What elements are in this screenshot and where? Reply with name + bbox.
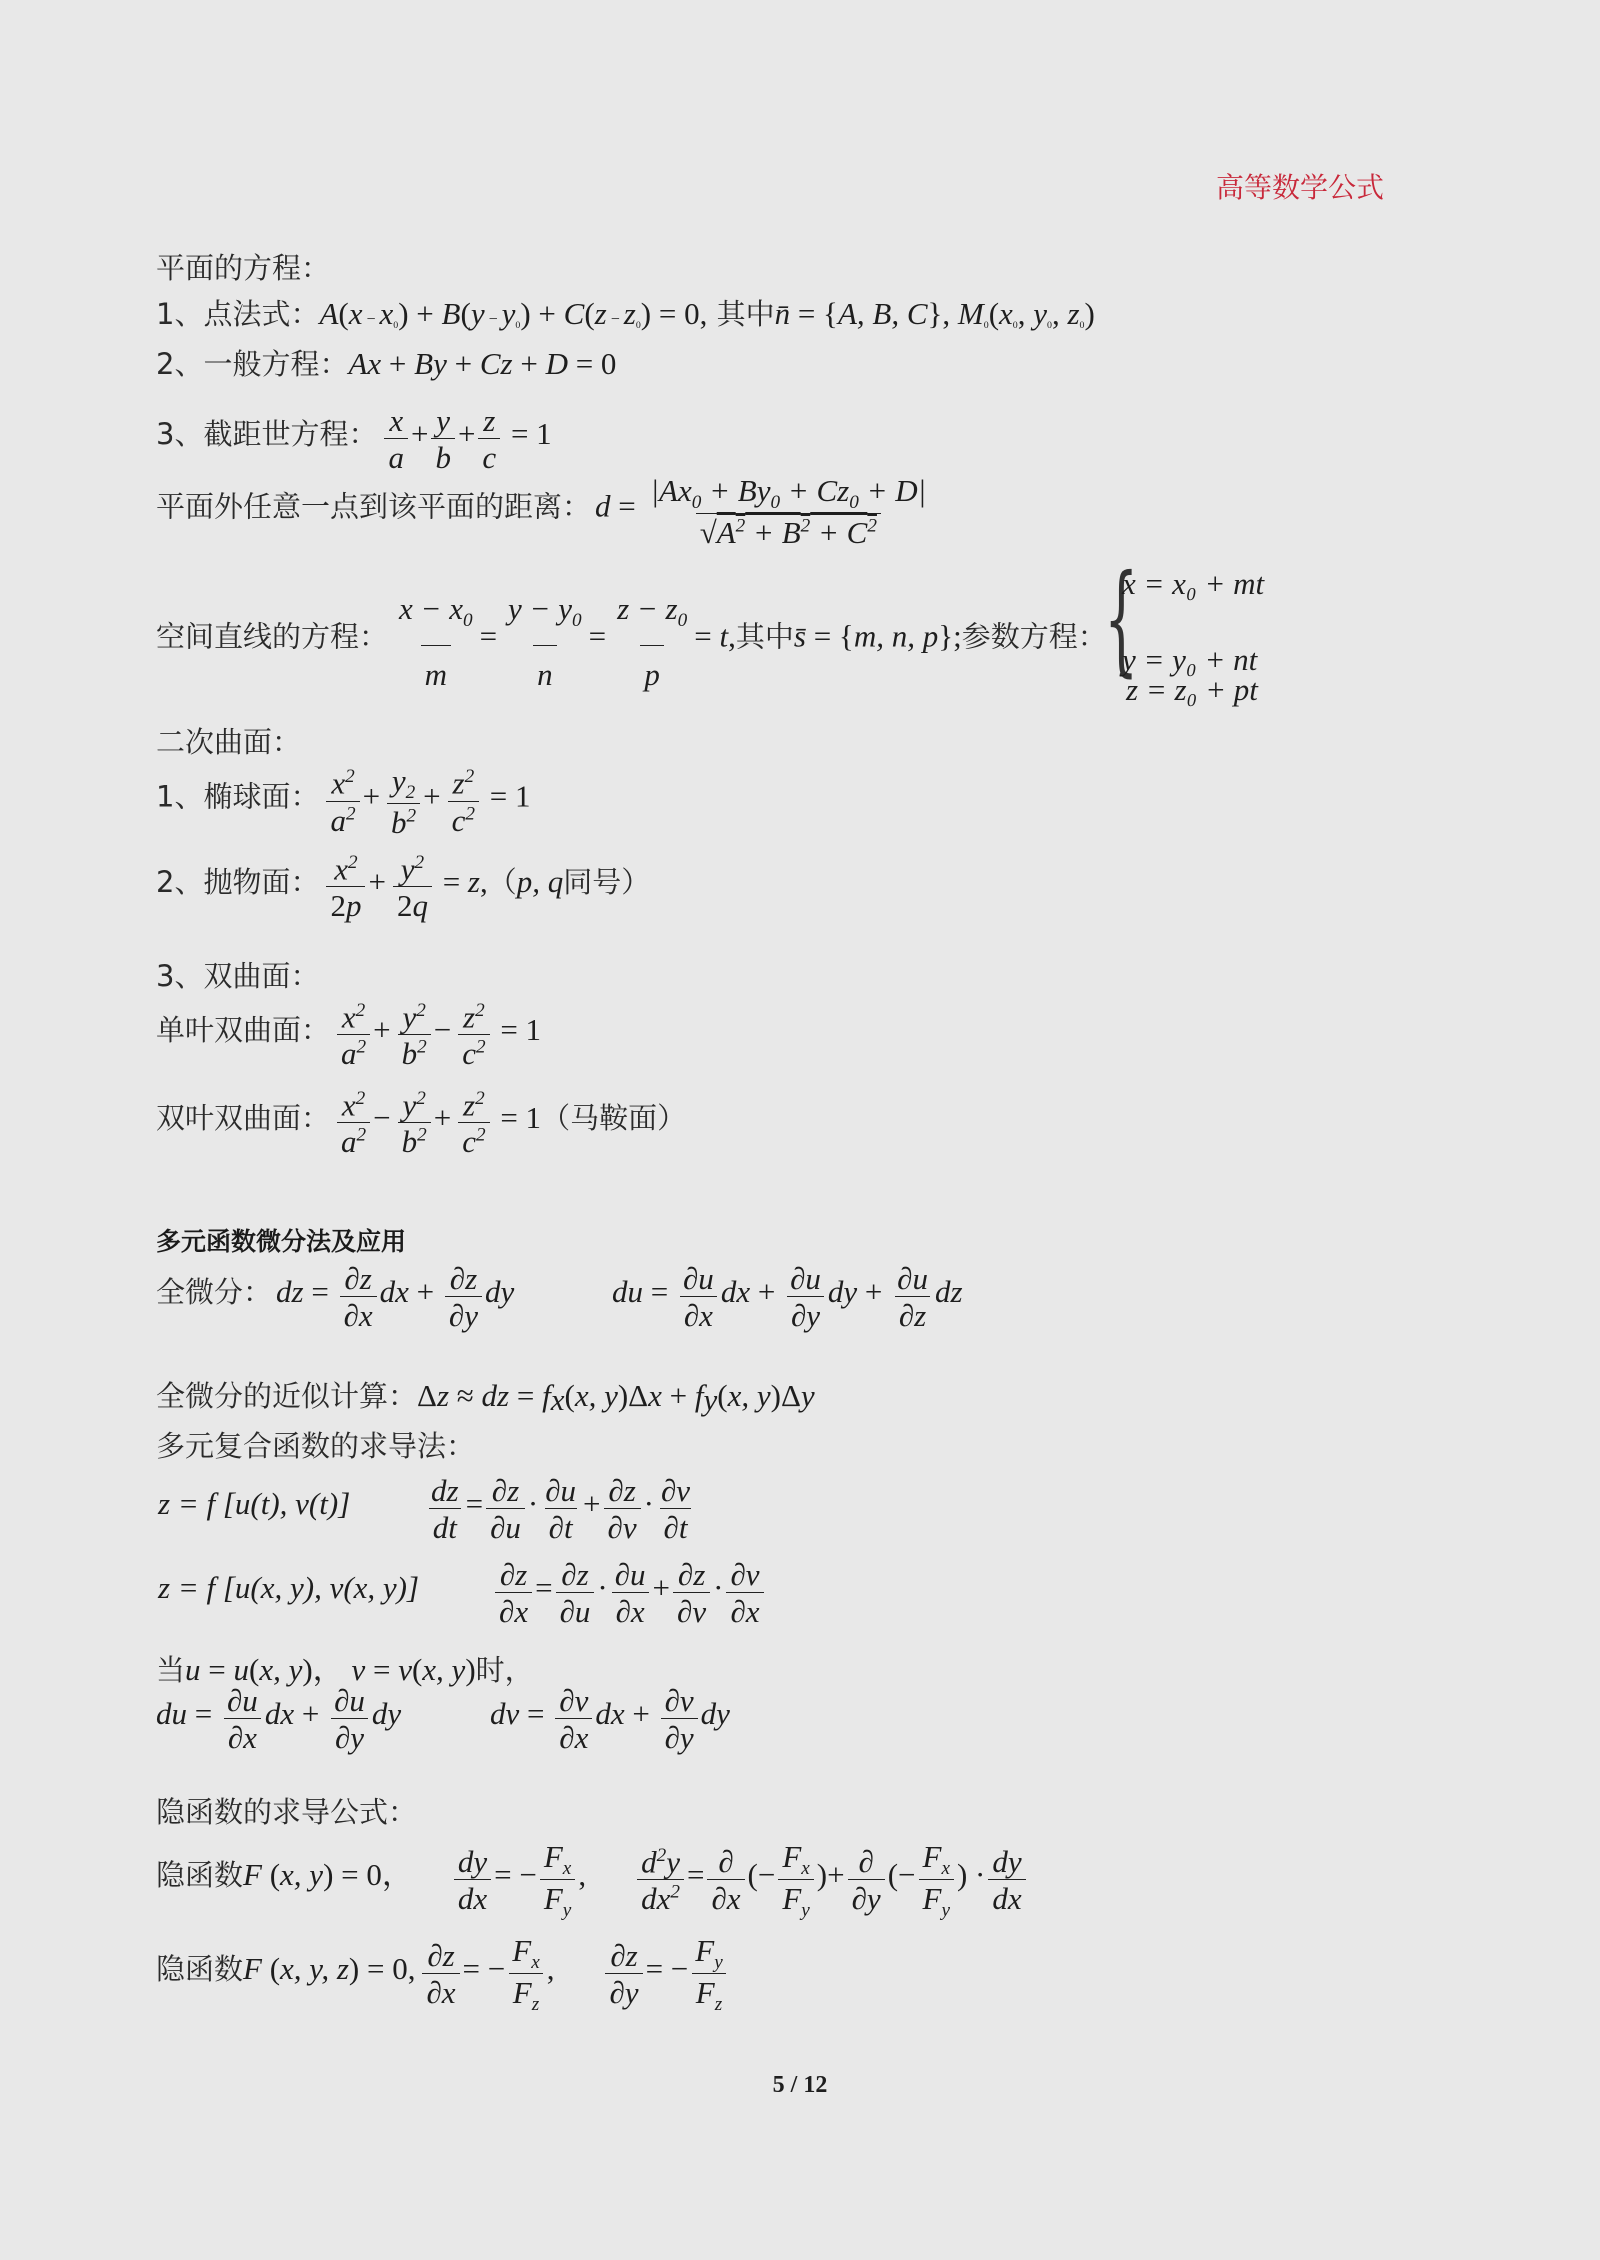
quadric-heading: 二次曲面： bbox=[156, 720, 301, 761]
total-differential: 全微分： dz = ∂z∂xdx + ∂z∂ydy bbox=[156, 1262, 514, 1334]
two-sheet-hyperboloid: 双叶双曲面： x2a2− y2b2+ z2c2 = 1（马鞍面） bbox=[156, 1088, 686, 1161]
implicit-heading: 隐函数的求导公式： bbox=[156, 1790, 417, 1831]
point-plane-distance: 平面外任意一点到该平面的距离： d = |Ax0 + By0 + Cz0 + D… bbox=[156, 474, 933, 552]
implicit-three-var: 隐函数F (x, y, z) = 0, ∂z∂x= −FxFz, ∂z∂y= −… bbox=[156, 1934, 730, 2017]
page-number: 5 / 12 bbox=[0, 2072, 1600, 2099]
composite-heading: 多元复合函数的求导法： bbox=[156, 1424, 475, 1465]
approx-calculation: 全微分的近似计算：Δz ≈ dz = fx(x, y)Δx + fy(x, y)… bbox=[156, 1374, 815, 1418]
param-x: x = x₀ + mt bbox=[1122, 566, 1264, 602]
line-equation: 空间直线的方程： x − x0m= y − y0n= z − z0p= t,其中… bbox=[156, 592, 1107, 694]
ellipsoid: 1、椭球面： x2a2+ y2b2+ z2c2 = 1 bbox=[156, 764, 531, 842]
param-z: z = z₀ + pt bbox=[1126, 672, 1258, 708]
composite-2-rhs: ∂z∂x=∂z∂u·∂u∂x+∂z∂v·∂v∂x bbox=[492, 1558, 767, 1630]
composite-2-lhs: z = f [u(x, y), v(x, y)] bbox=[158, 1570, 419, 1606]
composite-1-rhs: dzdt=∂z∂u·∂u∂t+∂z∂v·∂v∂t bbox=[424, 1474, 697, 1546]
one-sheet-hyperboloid: 单叶双曲面： x2a2+ y2b2− z2c2 = 1 bbox=[156, 1000, 541, 1073]
du-formula: du = ∂u∂xdx + ∂u∂ydy bbox=[156, 1684, 401, 1756]
hyperboloid-heading: 3、双曲面： bbox=[156, 954, 319, 995]
implicit-two-var: 隐函数F (x, y) = 0， dydx= −FxFy, d2ydx2=∂∂x… bbox=[156, 1840, 1029, 1923]
total-differential-u: du = ∂u∂xdx + ∂u∂ydy + ∂u∂zdz bbox=[612, 1262, 963, 1334]
plane-heading: 平面的方程： bbox=[156, 246, 330, 287]
document-header-title: 高等数学公式 bbox=[1216, 166, 1384, 206]
section-heading-multivariable: 多元函数微分法及应用 bbox=[156, 1222, 406, 1258]
paraboloid: 2、抛物面： x22p+ y22q = z,（p, q同号） bbox=[156, 852, 650, 925]
general-form: 2、一般方程：Ax + By + Cz + D = 0 bbox=[156, 342, 616, 383]
intercept-form: 3、截距世方程： xa+yb+zc = 1 bbox=[156, 380, 552, 452]
dv-formula: dv = ∂v∂xdx + ∂v∂ydy bbox=[490, 1684, 730, 1756]
composite-1-lhs: z = f [u(t), v(t)] bbox=[158, 1486, 350, 1522]
point-normal-form: 1、点法式：A(x − x0) + B(y − y0) + C(z − z0) … bbox=[156, 292, 1095, 333]
